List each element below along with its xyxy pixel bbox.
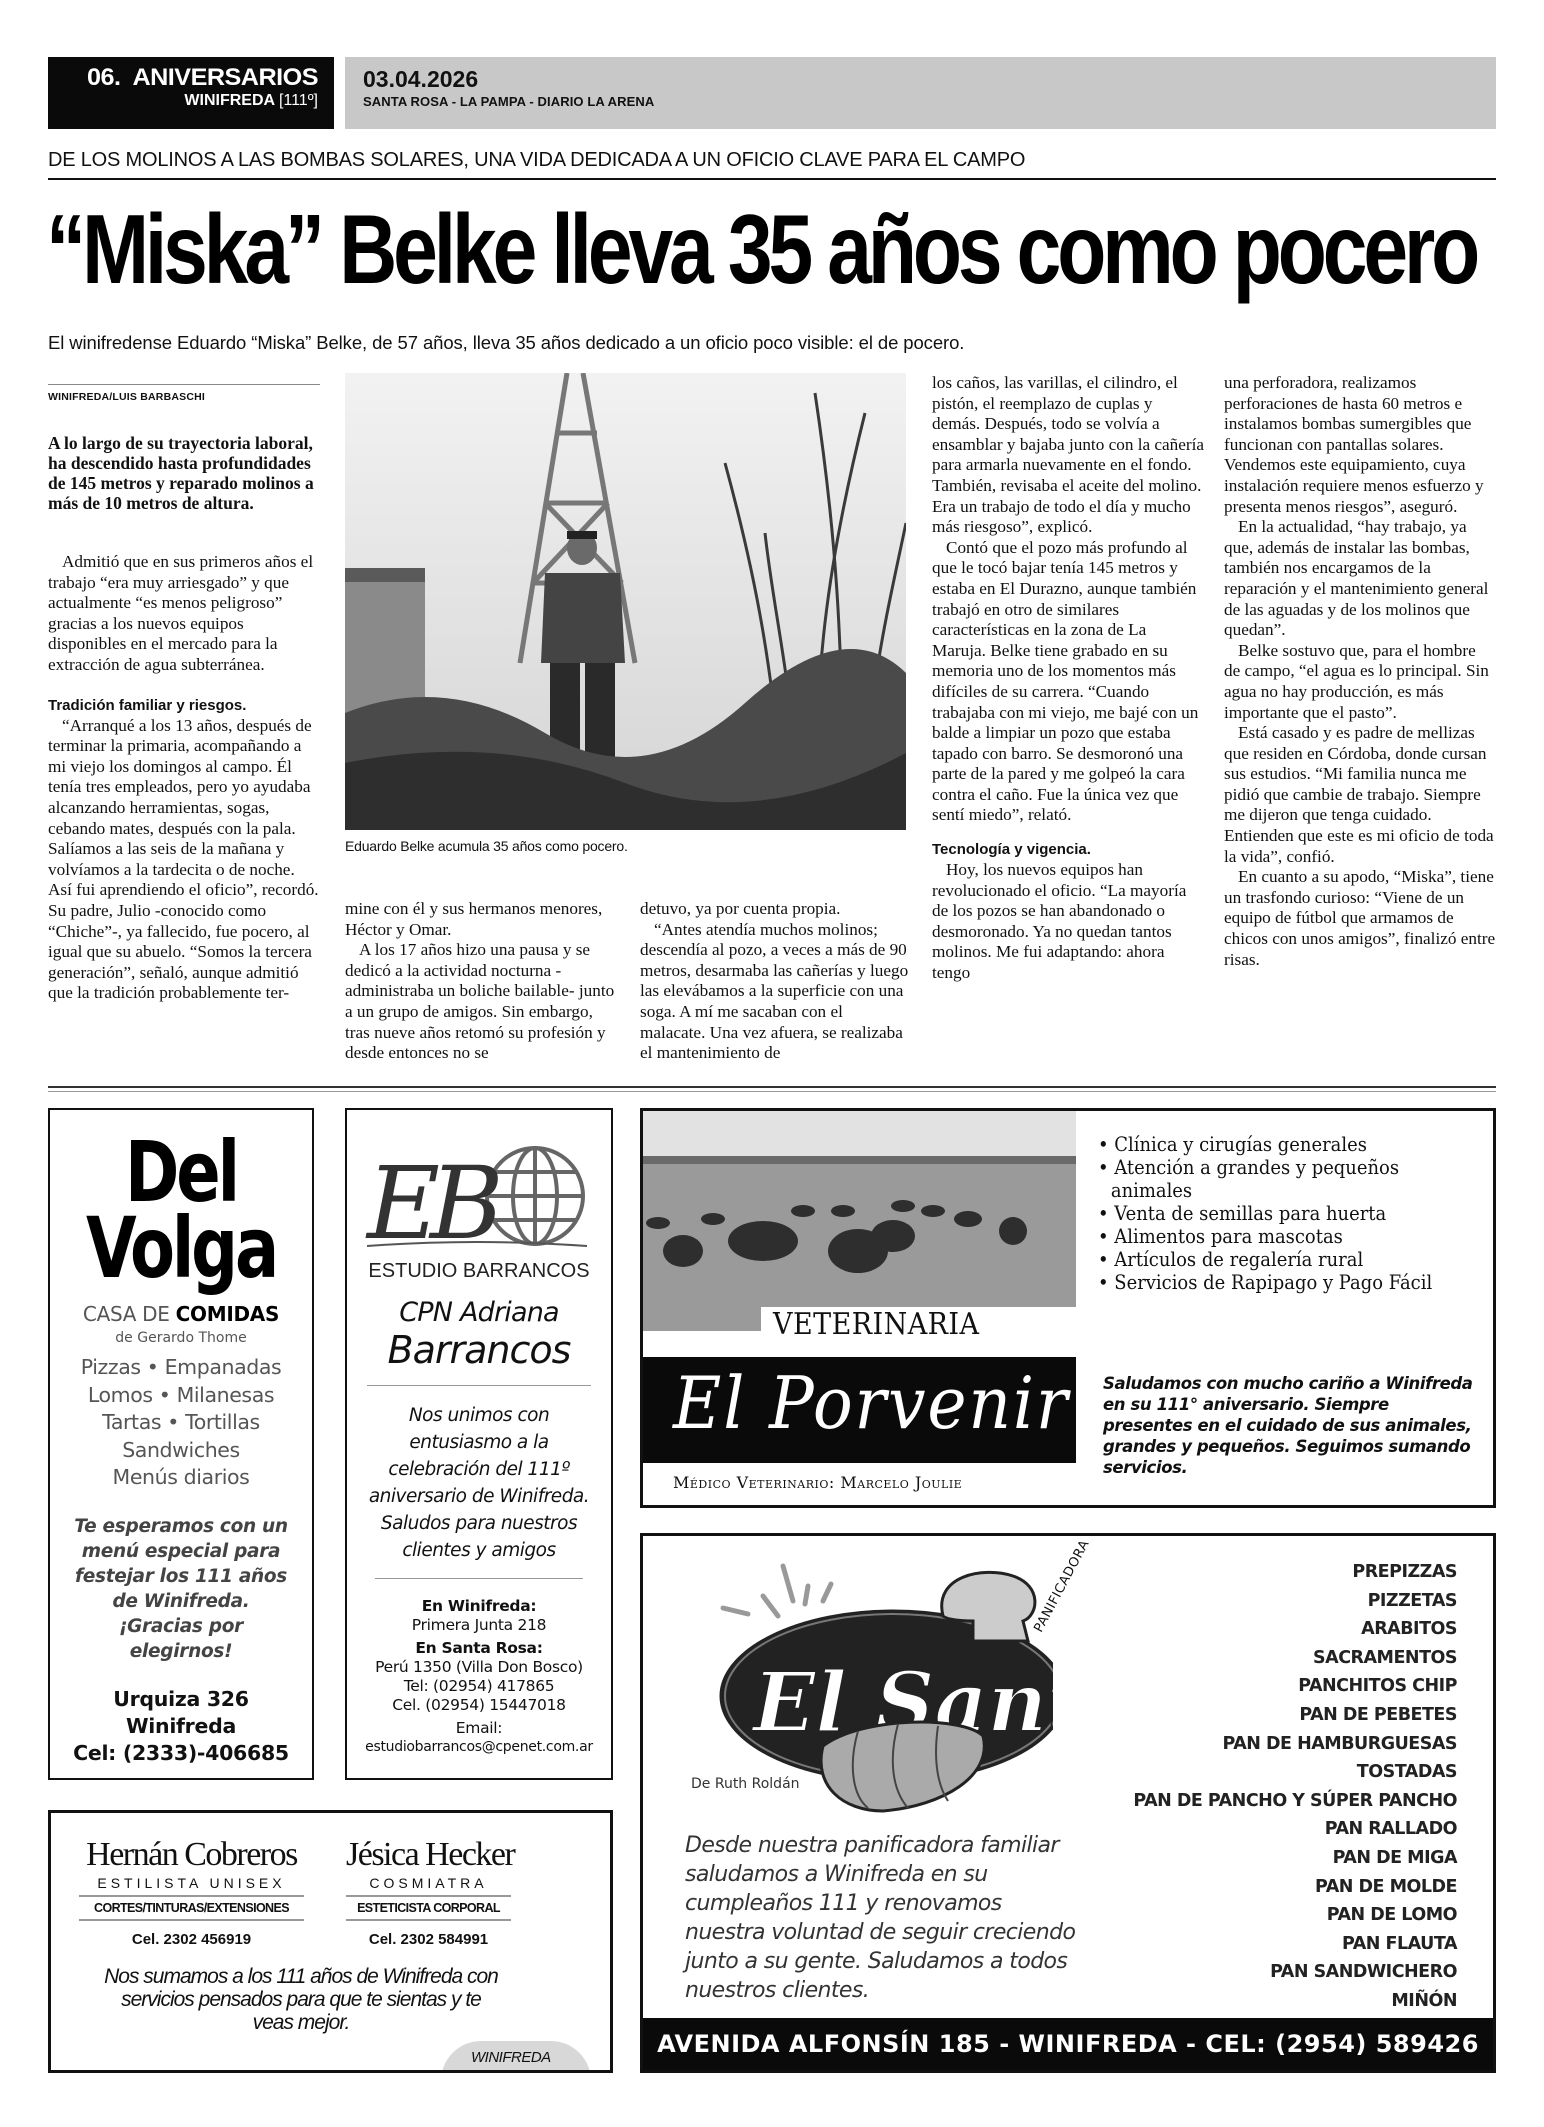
section-subtitle: WINIFREDA [111º]: [48, 91, 318, 111]
paragraph: detuvo, ya por cuenta propia.: [640, 899, 912, 920]
paragraph: Admitió que en sus primeros años el trab…: [48, 552, 320, 676]
product-item: PAN DE MIGA: [1133, 1844, 1457, 1873]
product-item: PAN SANDWICHERO: [1133, 1958, 1457, 1987]
ad-del-volga[interactable]: Del Volga CASA DE COMIDAS de Gerardo Tho…: [48, 1108, 314, 1780]
vet-greeting: Saludamos con mucho cariño a Winifreda e…: [1103, 1373, 1483, 1478]
divider: [48, 1086, 1496, 1088]
vet-name: El Porvenir: [673, 1361, 1069, 1445]
article-kicker: DE LOS MOLINOS A LAS BOMBAS SOLARES, UNA…: [48, 149, 1025, 172]
location-tag-label: WINIFREDA: [471, 2049, 551, 2066]
business-type: CASA DE COMIDAS: [50, 1302, 312, 1326]
product-item: PAN DE HAMBURGUESAS: [1133, 1730, 1457, 1759]
paragraph: A los 17 años hizo una pausa y se dedicó…: [345, 940, 617, 1064]
el-santy-greeting: Desde nuestra panificadora familiar salu…: [685, 1831, 1085, 2005]
edition-info: 03.04.2026 SANTA ROSA - LA PAMPA - DIARI…: [345, 57, 1496, 129]
article-column-3: detuvo, ya por cuenta propia. “Antes ate…: [640, 899, 912, 1064]
vet-services-list: • Clínica y cirugías generales • Atenció…: [1098, 1133, 1461, 1294]
product-item: TOSTADAS: [1133, 1758, 1457, 1787]
product-item: PAN DE PEBETES: [1133, 1701, 1457, 1730]
promo-message: Te esperamos con un menú especial para f…: [72, 1514, 290, 1664]
office-addresses: En Winifreda: Primera Junta 218 En Santa…: [347, 1597, 611, 1757]
edition-date: 03.04.2026: [363, 66, 1496, 92]
article-dek: El winifredense Eduardo “Miska” Belke, d…: [48, 332, 964, 354]
service-item: • Servicios de Rapipago y Pago Fácil: [1098, 1271, 1461, 1294]
stylist-phone: Cel. 2302 456919: [79, 1931, 304, 1948]
stylist-name: Hernán Cobreros: [79, 1837, 304, 1873]
section-title: 06. ANIVERSARIOS: [35, 65, 319, 91]
cosmetologist-block: Jésica Hecker COSMIATRA ESTETICISTA CORP…: [346, 1837, 511, 1948]
article-column-5: una perforadora, realizamos perforacione…: [1224, 373, 1496, 970]
paragraph: una perforadora, realizamos perforacione…: [1224, 373, 1496, 517]
el-santy-footer: AVENIDA ALFONSÍN 185 - WINIFREDA - CEL: …: [643, 2018, 1493, 2070]
paragraph: En cuanto a su apodo, “Miska”, tiene un …: [1224, 867, 1496, 970]
menu-list: Pizzas • Empanadas Lomos • Milanesas Tar…: [50, 1354, 312, 1492]
service-item: • Artículos de regalería rural: [1098, 1248, 1461, 1271]
cosmetologist-services: ESTETICISTA CORPORAL: [346, 1895, 511, 1921]
article-lead: A lo largo de su trayectoria laboral, ha…: [48, 433, 320, 513]
globe-icon: EB: [347, 1138, 611, 1258]
article-column-1: Admitió que en sus primeros años el trab…: [48, 552, 320, 1004]
stylist-block: Hernán Cobreros ESTILISTA UNISEX CORTES/…: [79, 1837, 304, 1948]
service-item: • Clínica y cirugías generales: [1098, 1133, 1461, 1156]
product-item: PANCHITOS CHIP: [1133, 1672, 1457, 1701]
owner: de Gerardo Thome: [50, 1330, 312, 1346]
paragraph: Belke sostuvo que, para el hombre de cam…: [1224, 641, 1496, 723]
windmill-photo-illustration: [345, 373, 906, 830]
product-item: SACRAMENTOS: [1133, 1644, 1457, 1673]
paragraph: Está casado y es padre de mellizas que r…: [1224, 723, 1496, 867]
paragraph: “Arranqué a los 13 años, después de term…: [48, 716, 320, 1004]
shared-message: Nos sumamos a los 111 años de Winifreda …: [101, 1965, 501, 2034]
subhead: Tradición familiar y riesgos.: [48, 696, 320, 716]
divider: [48, 1091, 1496, 1092]
product-item: MIÑÓN: [1133, 1987, 1457, 2016]
article-headline: “Miska” Belke lleva 35 años como pocero: [46, 194, 1243, 304]
article-column-4: los caños, las varillas, el cilindro, el…: [932, 373, 1204, 984]
eb-logo: EB: [347, 1138, 611, 1258]
paragraph: “Antes atendía muchos molinos; descendía…: [640, 920, 912, 1064]
article-photo: [345, 373, 906, 830]
ad-veterinaria-el-porvenir[interactable]: VETERINARIA El Porvenir Médico Veterinar…: [640, 1108, 1496, 1508]
product-item: PAN DE PANCHO Y SÚPER PANCHO: [1133, 1787, 1457, 1816]
el-santy-owner: De Ruth Roldán: [691, 1776, 800, 1792]
el-santy-products: PREPIZZAS PIZZETAS ARABITOS SACRAMENTOS …: [1133, 1558, 1457, 2016]
article-column-2: mine con él y sus hermanos menores, Héct…: [345, 899, 617, 1064]
service-item: • Venta de semillas para huerta: [1098, 1202, 1461, 1225]
paragraph: Contó que el pozo más profundo al que le…: [932, 538, 1204, 826]
product-item: ARABITOS: [1133, 1615, 1457, 1644]
accountant-name: CPN Adriana Barrancos: [347, 1297, 611, 1371]
ad-el-santy[interactable]: El Santy PANIFICADORA De Ruth Roldán Des…: [640, 1533, 1496, 2073]
stylist-role: ESTILISTA UNISEX: [79, 1875, 304, 1891]
restaurant-name: Del Volga: [79, 1134, 283, 1286]
byline: WINIFREDA/LUIS BARBASCHI: [48, 391, 205, 403]
cosmetologist-name: Jésica Hecker: [346, 1837, 511, 1873]
service-item: • Alimentos para mascotas: [1098, 1225, 1461, 1248]
vet-doctor: Médico Veterinario: Marcelo Joulie: [673, 1473, 962, 1492]
section-label: 06. ANIVERSARIOS WINIFREDA [111º]: [48, 57, 334, 129]
product-item: PIZZETAS: [1133, 1587, 1457, 1616]
ad-estudio-barrancos[interactable]: EB ESTUDIO BARRANCOS CPN Adriana Barranc…: [345, 1108, 613, 1780]
product-item: PAN RALLADO: [1133, 1815, 1457, 1844]
ad-cobreros-hecker[interactable]: Hernán Cobreros ESTILISTA UNISEX CORTES/…: [48, 1810, 613, 2073]
divider: [48, 384, 320, 385]
product-item: PAN DE LOMO: [1133, 1901, 1457, 1930]
stylist-services: CORTES/TINTURAS/EXTENSIONES: [79, 1895, 304, 1921]
cattle-photo: [643, 1111, 1076, 1331]
product-item: PAN DE MOLDE: [1133, 1873, 1457, 1902]
paragraph: Hoy, los nuevos equipos han revolucionad…: [932, 860, 1204, 984]
divider: [367, 1385, 591, 1386]
greeting-message: Nos unimos con entusiasmo a la celebraci…: [365, 1402, 593, 1564]
email-link[interactable]: estudiobarrancos@cpenet.com.ar: [347, 1738, 611, 1757]
cosmetologist-role: COSMIATRA: [346, 1875, 511, 1891]
studio-name: ESTUDIO BARRANCOS: [347, 1260, 611, 1283]
paragraph: En la actualidad, “hay trabajo, ya que, …: [1224, 517, 1496, 641]
paragraph: mine con él y sus hermanos menores, Héct…: [345, 899, 617, 940]
edition-location: SANTA ROSA - LA PAMPA - DIARIO LA ARENA: [363, 92, 1496, 112]
divider: [48, 178, 1496, 180]
contact-info: Urquiza 326 Winifreda Cel: (2333)-406685: [50, 1686, 312, 1767]
product-item: PREPIZZAS: [1133, 1558, 1457, 1587]
service-item: • Atención a grandes y pequeños animales: [1098, 1156, 1461, 1202]
product-item: PAN FLAUTA: [1133, 1930, 1457, 1959]
paragraph: los caños, las varillas, el cilindro, el…: [932, 373, 1204, 538]
photo-caption: Eduardo Belke acumula 35 años como pocer…: [345, 838, 628, 854]
subhead: Tecnología y vigencia.: [932, 840, 1204, 860]
divider: [375, 1578, 583, 1579]
cosmetologist-phone: Cel. 2302 584991: [346, 1931, 511, 1948]
vet-label: VETERINARIA: [773, 1307, 979, 1342]
